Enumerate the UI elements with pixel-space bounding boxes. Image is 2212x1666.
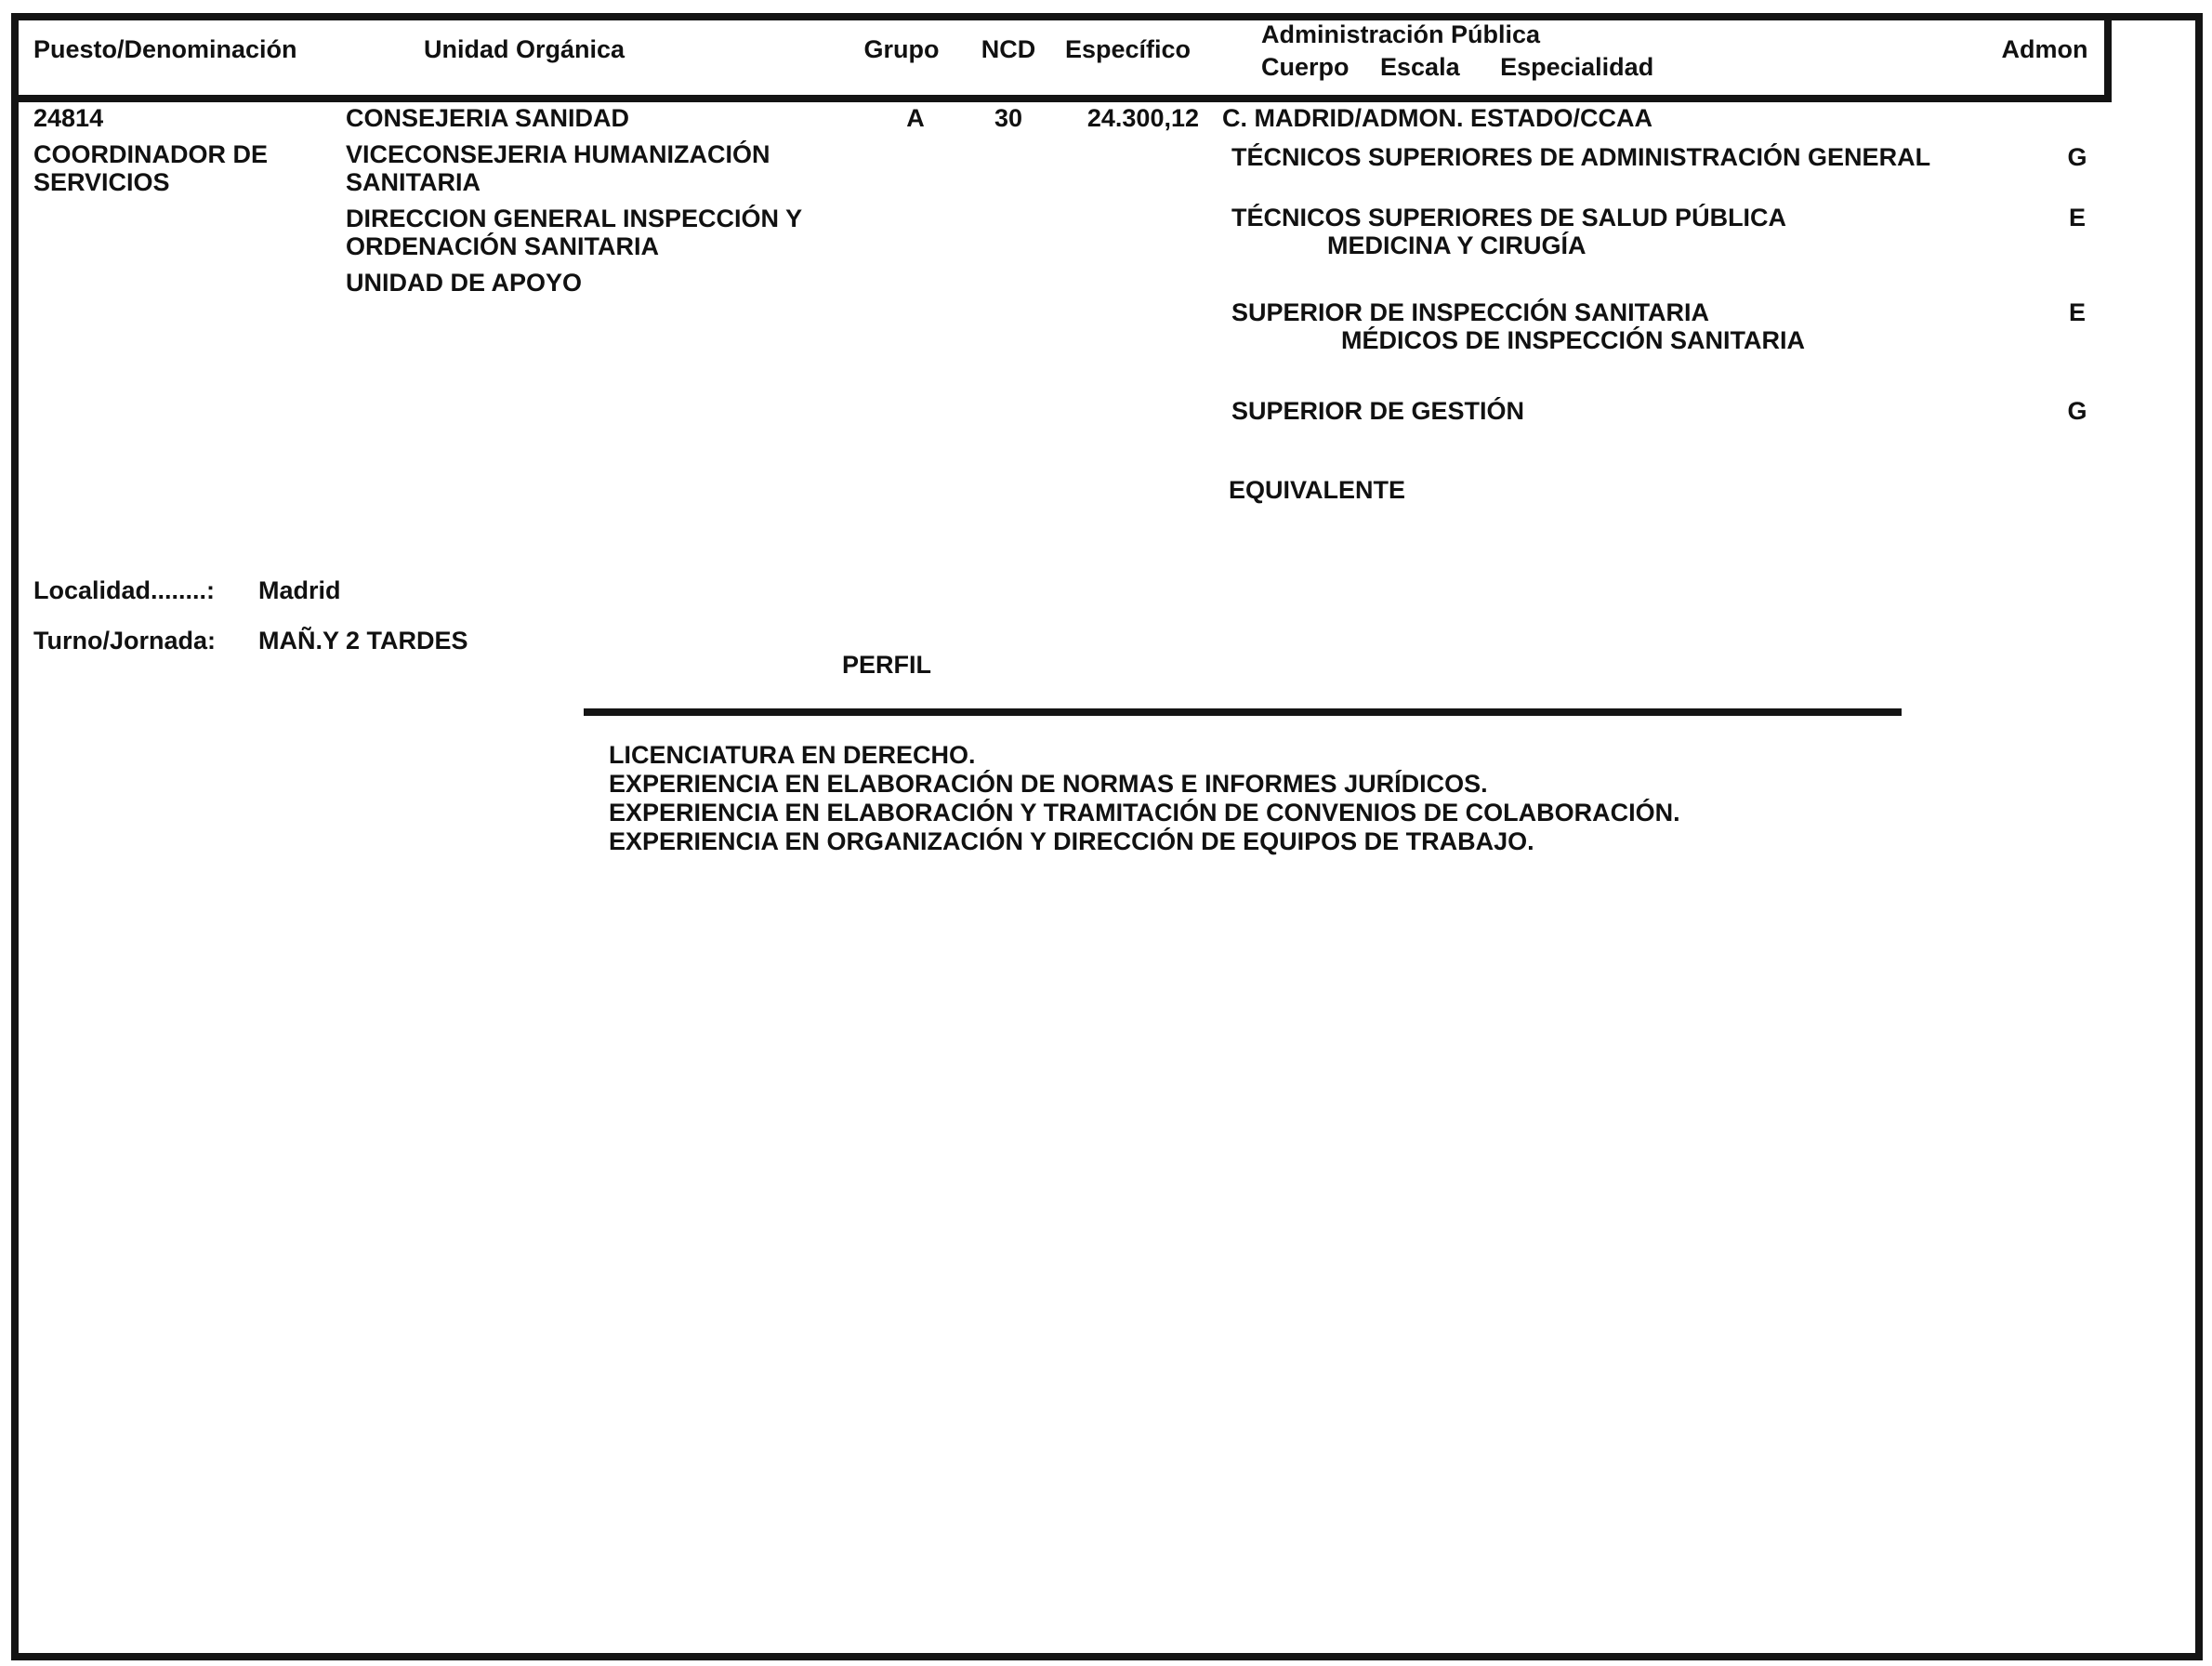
unidad-line: DIRECCION GENERAL INSPECCIÓN Y	[346, 205, 802, 232]
cuerpo-row: EQUIVALENTE	[1229, 476, 1405, 504]
job-posting-document: Puesto/Denominación Unidad Orgánica Grup…	[0, 0, 2212, 1666]
col-header-especialidad: Especialidad	[1500, 53, 1653, 82]
record-unidad-organica-block: CONSEJERIA SANIDAD VICECONSEJERIA HUMANI…	[346, 104, 802, 297]
col-header-admon: Admon	[1984, 35, 2105, 64]
record-denominacion-line: SERVICIOS	[33, 168, 268, 196]
cuerpo-name: TÉCNICOS SUPERIORES DE SALUD PÚBLICA	[1231, 204, 1786, 231]
record-puesto-block: 24814 COORDINADOR DE SERVICIOS	[33, 104, 268, 196]
col-header-cuerpo: Cuerpo	[1261, 53, 1350, 82]
unidad-line: VICECONSEJERIA HUMANIZACIÓN	[346, 140, 802, 168]
record-administracion-value: C. MADRID/ADMON. ESTADO/CCAA	[1222, 104, 1652, 132]
table-header-box	[11, 13, 2112, 102]
unidad-entry: CONSEJERIA SANIDAD	[346, 104, 802, 132]
unidad-line: UNIDAD DE APOYO	[346, 269, 802, 297]
unidad-line: ORDENACIÓN SANITARIA	[346, 232, 802, 260]
cuerpo-row: TÉCNICOS SUPERIORES DE SALUD PÚBLICA MED…	[1231, 204, 1786, 259]
unidad-entry: DIRECCION GENERAL INSPECCIÓN Y ORDENACIÓ…	[346, 205, 802, 260]
cuerpo-especialidad: MEDICINA Y CIRUGÍA	[1327, 231, 1786, 259]
cuerpo-name: SUPERIOR DE INSPECCIÓN SANITARIA	[1231, 298, 1805, 326]
col-header-administracion-publica: Administración Pública	[1261, 20, 1540, 49]
perfil-item: EXPERIENCIA EN ORGANIZACIÓN Y DIRECCIÓN …	[609, 827, 1680, 856]
col-header-ncd: NCD	[967, 35, 1050, 64]
cuerpo-name: SUPERIOR DE GESTIÓN	[1231, 397, 1524, 425]
turno-jornada-label: Turno/Jornada:	[33, 627, 216, 654]
localidad-label: Localidad........:	[33, 576, 215, 604]
col-header-unidad-organica: Unidad Orgánica	[424, 35, 625, 64]
cuerpo-admon-letter: G	[2045, 143, 2110, 172]
cuerpo-admon-letter: E	[2045, 298, 2110, 327]
perfil-rule	[584, 708, 1902, 716]
cuerpo-row: SUPERIOR DE INSPECCIÓN SANITARIA MÉDICOS…	[1231, 298, 1805, 354]
record-grupo-value: A	[883, 104, 948, 132]
col-header-especifico: Específico	[1065, 35, 1191, 64]
cuerpo-row: SUPERIOR DE GESTIÓN	[1231, 397, 1524, 425]
unidad-entry: UNIDAD DE APOYO	[346, 269, 802, 297]
cuerpo-name: TÉCNICOS SUPERIORES DE ADMINISTRACIÓN GE…	[1231, 143, 1930, 171]
perfil-item: EXPERIENCIA EN ELABORACIÓN DE NORMAS E I…	[609, 770, 1680, 799]
cuerpo-row: TÉCNICOS SUPERIORES DE ADMINISTRACIÓN GE…	[1231, 143, 1930, 171]
record-code: 24814	[33, 104, 268, 132]
turno-jornada-value: MAÑ.Y 2 TARDES	[258, 627, 468, 654]
perfil-list: LICENCIATURA EN DERECHO. EXPERIENCIA EN …	[609, 741, 1680, 856]
cuerpo-admon-letter: E	[2045, 204, 2110, 232]
record-denominacion: COORDINADOR DE SERVICIOS	[33, 140, 268, 196]
record-especifico-value: 24.300,12	[1022, 104, 1199, 132]
cuerpo-name: EQUIVALENTE	[1229, 476, 1405, 504]
unidad-line: SANITARIA	[346, 168, 802, 196]
cuerpo-especialidad: MÉDICOS DE INSPECCIÓN SANITARIA	[1341, 326, 1805, 354]
col-header-grupo: Grupo	[841, 35, 962, 64]
col-header-cuerpo-escala-especialidad: Cuerpo Escala Especialidad	[1261, 53, 1653, 82]
col-header-puesto-denominacion: Puesto/Denominación	[33, 35, 297, 64]
perfil-item: LICENCIATURA EN DERECHO.	[609, 741, 1680, 770]
unidad-entry: VICECONSEJERIA HUMANIZACIÓN SANITARIA	[346, 140, 802, 196]
cuerpo-admon-letter: G	[2045, 397, 2110, 426]
unidad-line: CONSEJERIA SANIDAD	[346, 104, 802, 132]
record-denominacion-line: COORDINADOR DE	[33, 140, 268, 168]
localidad-value: Madrid	[258, 576, 341, 604]
col-header-escala: Escala	[1380, 53, 1460, 82]
perfil-item: EXPERIENCIA EN ELABORACIÓN Y TRAMITACIÓN…	[609, 799, 1680, 827]
perfil-heading: PERFIL	[842, 651, 931, 679]
